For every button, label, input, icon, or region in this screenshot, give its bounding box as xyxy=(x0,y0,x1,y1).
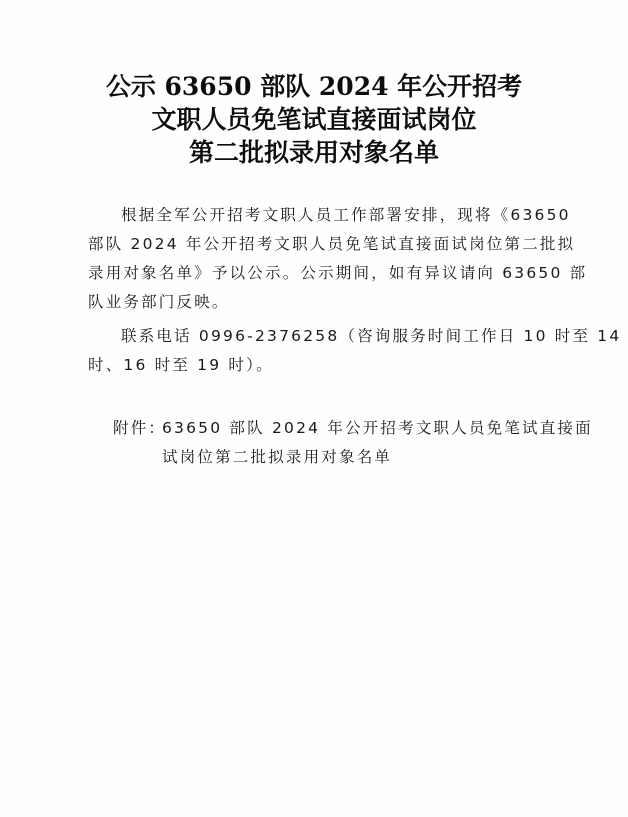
attachment-title-line-2: 试岗位第二批拟录用对象名单 xyxy=(162,443,392,472)
attachment-section: 附件： 63650 部队 2024 年公开招考文职人员免笔试直接面 试岗位第二批… xyxy=(113,414,553,472)
attachment-label: 附件： xyxy=(113,414,162,443)
body-paragraph-1-line-2: 部队 2024 年公开招考文职人员免笔试直接面试岗位第二批拟 xyxy=(88,230,550,259)
title-line-2: 文职人员免笔试直接面试岗位 xyxy=(0,103,628,136)
contact-paragraph-line-1: 联系电话 0996-2376258（咨询服务时间工作日 10 时至 14 xyxy=(88,322,550,351)
document-page: 公示 63650 部队 2024 年公开招考 文职人员免笔试直接面试岗位 第二批… xyxy=(0,0,628,817)
attachment-title-line-1: 63650 部队 2024 年公开招考文职人员免笔试直接面 xyxy=(162,414,593,443)
document-body: 根据全军公开招考文职人员工作部署安排，现将《63650 部队 2024 年公开招… xyxy=(88,201,550,380)
contact-paragraph-line-2: 时、16 时至 19 时）。 xyxy=(88,351,550,380)
title-line-3: 第二批拟录用对象名单 xyxy=(0,136,628,169)
body-paragraph-1-line-4: 队业务部门反映。 xyxy=(88,288,550,317)
attachment-row-1: 附件： 63650 部队 2024 年公开招考文职人员免笔试直接面 xyxy=(113,414,553,443)
body-paragraph-1-line-1: 根据全军公开招考文职人员工作部署安排，现将《63650 xyxy=(88,201,550,230)
document-title: 公示 63650 部队 2024 年公开招考 文职人员免笔试直接面试岗位 第二批… xyxy=(0,70,628,169)
body-paragraph-1-line-3: 录用对象名单》予以公示。公示期间，如有异议请向 63650 部 xyxy=(88,259,550,288)
attachment-row-2: 试岗位第二批拟录用对象名单 xyxy=(113,443,553,472)
title-line-1: 公示 63650 部队 2024 年公开招考 xyxy=(0,70,628,103)
